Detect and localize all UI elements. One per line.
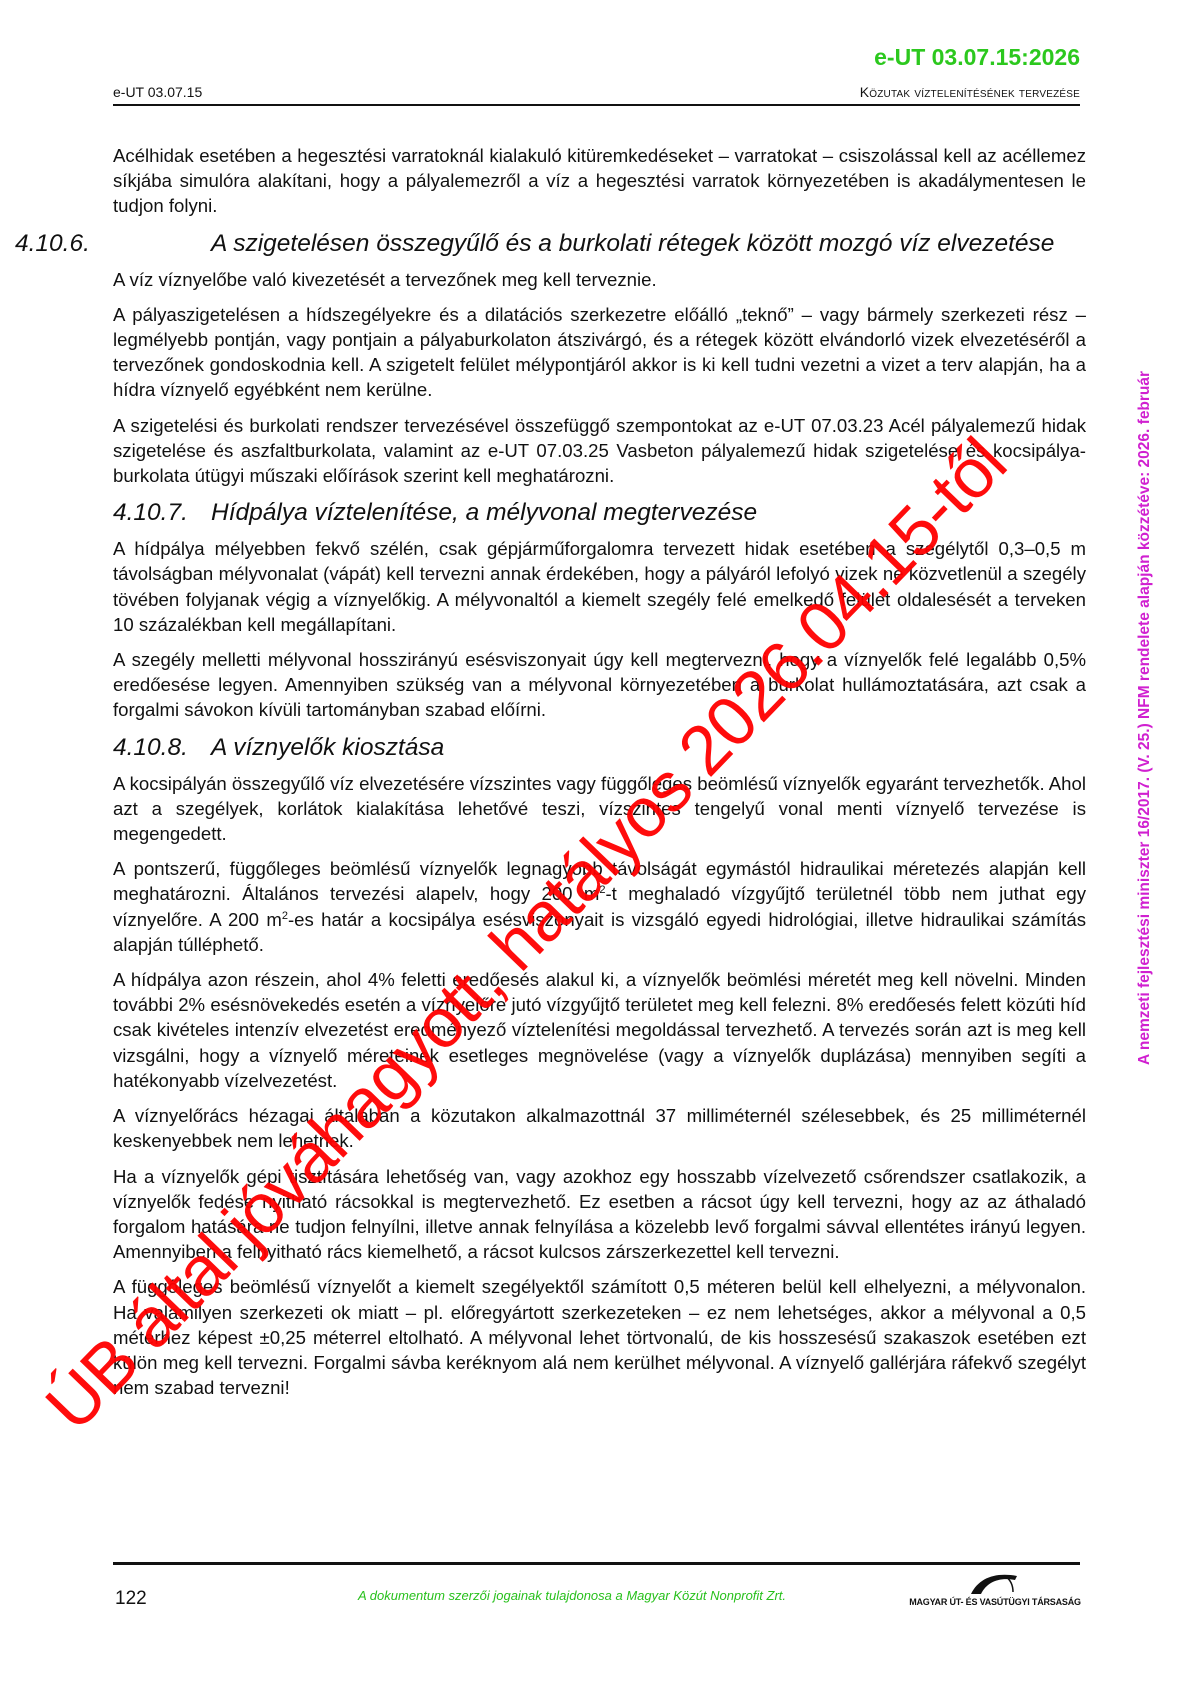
footer-divider bbox=[113, 1562, 1080, 1565]
paragraph: A hídpálya azon részein, ahol 4% feletti… bbox=[113, 967, 1086, 1093]
section-number: 4.10.7. bbox=[113, 498, 211, 528]
society-logo: MAGYAR ÚT- ÉS VASÚTÜGYI TÁRSASÁG bbox=[905, 1570, 1085, 1620]
section-number: 4.10.6. bbox=[113, 229, 211, 259]
section-title: A víznyelők kiosztása bbox=[211, 734, 444, 761]
section-title: A szigetelésen összegyűlő és a burkolati… bbox=[211, 230, 1054, 257]
page-header: e-UT 03.07.15 Közutak víztelenítésének t… bbox=[113, 82, 1080, 106]
road-swoosh-icon bbox=[965, 1570, 1025, 1596]
logo-text: MAGYAR ÚT- ÉS VASÚTÜGYI TÁRSASÁG bbox=[905, 1597, 1085, 1607]
page-number: 122 bbox=[115, 1588, 147, 1610]
publication-side-note: A nemzeti fejlesztési miniszter 16/2017.… bbox=[1136, 371, 1154, 1065]
header-document-title: Közutak víztelenítésének tervezése bbox=[860, 84, 1080, 100]
paragraph: A víz víznyelőbe való kivezetését a terv… bbox=[113, 267, 1086, 292]
paragraph: A szegély melletti mélyvonal hosszirányú… bbox=[113, 647, 1086, 723]
section-heading-4-10-8: 4.10.8.A víznyelők kiosztása bbox=[113, 733, 1086, 763]
section-heading-4-10-6: 4.10.6.A szigetelésen összegyűlő és a bu… bbox=[113, 229, 1086, 259]
copyright-notice: A dokumentum szerzői jogainak tulajdonos… bbox=[358, 1588, 786, 1603]
header-document-code: e-UT 03.07.15 bbox=[113, 84, 202, 100]
section-title: Hídpálya víztelenítése, a mélyvonal megt… bbox=[211, 499, 757, 526]
paragraph: A pályaszigetelésen a hídszegélyekre és … bbox=[113, 302, 1086, 403]
paragraph: A függőleges beömlésű víznyelőt a kiemel… bbox=[113, 1274, 1086, 1400]
document-code-stamp: e-UT 03.07.15:2026 bbox=[874, 44, 1080, 71]
paragraph: A víznyelőrács hézagai általában a közut… bbox=[113, 1103, 1086, 1153]
section-number: 4.10.8. bbox=[113, 733, 211, 763]
paragraph: Acélhidak esetében a hegesztési varratok… bbox=[113, 143, 1086, 219]
